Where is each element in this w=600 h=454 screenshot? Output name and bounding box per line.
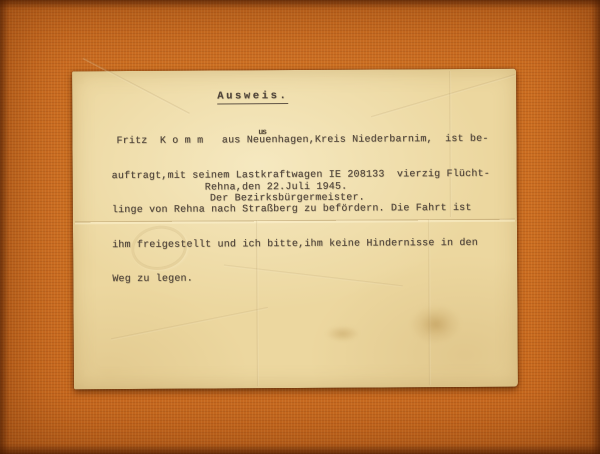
paper-stain (409, 304, 461, 344)
signature-title-line: Der Bezirksbürgermeister. (210, 193, 365, 205)
photograph-of-document: Ausweis. Fritz K o m m aus Neuenhagen,Kr… (0, 0, 600, 454)
paper-crease (111, 307, 268, 340)
body-line: Weg zu legen. (112, 272, 490, 286)
typewriter-overtype-correction: us (258, 128, 266, 137)
body-line: Fritz K o m m aus Neuenhagen,Kreis Niede… (116, 134, 489, 148)
body-line: ihm freigestellt und ich bitte,ihm keine… (112, 237, 490, 251)
paper-stain (326, 326, 360, 342)
document-body: Fritz K o m m aus Neuenhagen,Kreis Niede… (111, 111, 490, 309)
body-line: linge von Rehna nach Straßberg zu beförd… (112, 203, 490, 217)
body-line: auftragt,mit seinem Lastkraftwagen IE 20… (112, 168, 490, 182)
ausweis-paper: Ausweis. Fritz K o m m aus Neuenhagen,Kr… (72, 69, 518, 390)
document-title: Ausweis. (217, 91, 288, 104)
